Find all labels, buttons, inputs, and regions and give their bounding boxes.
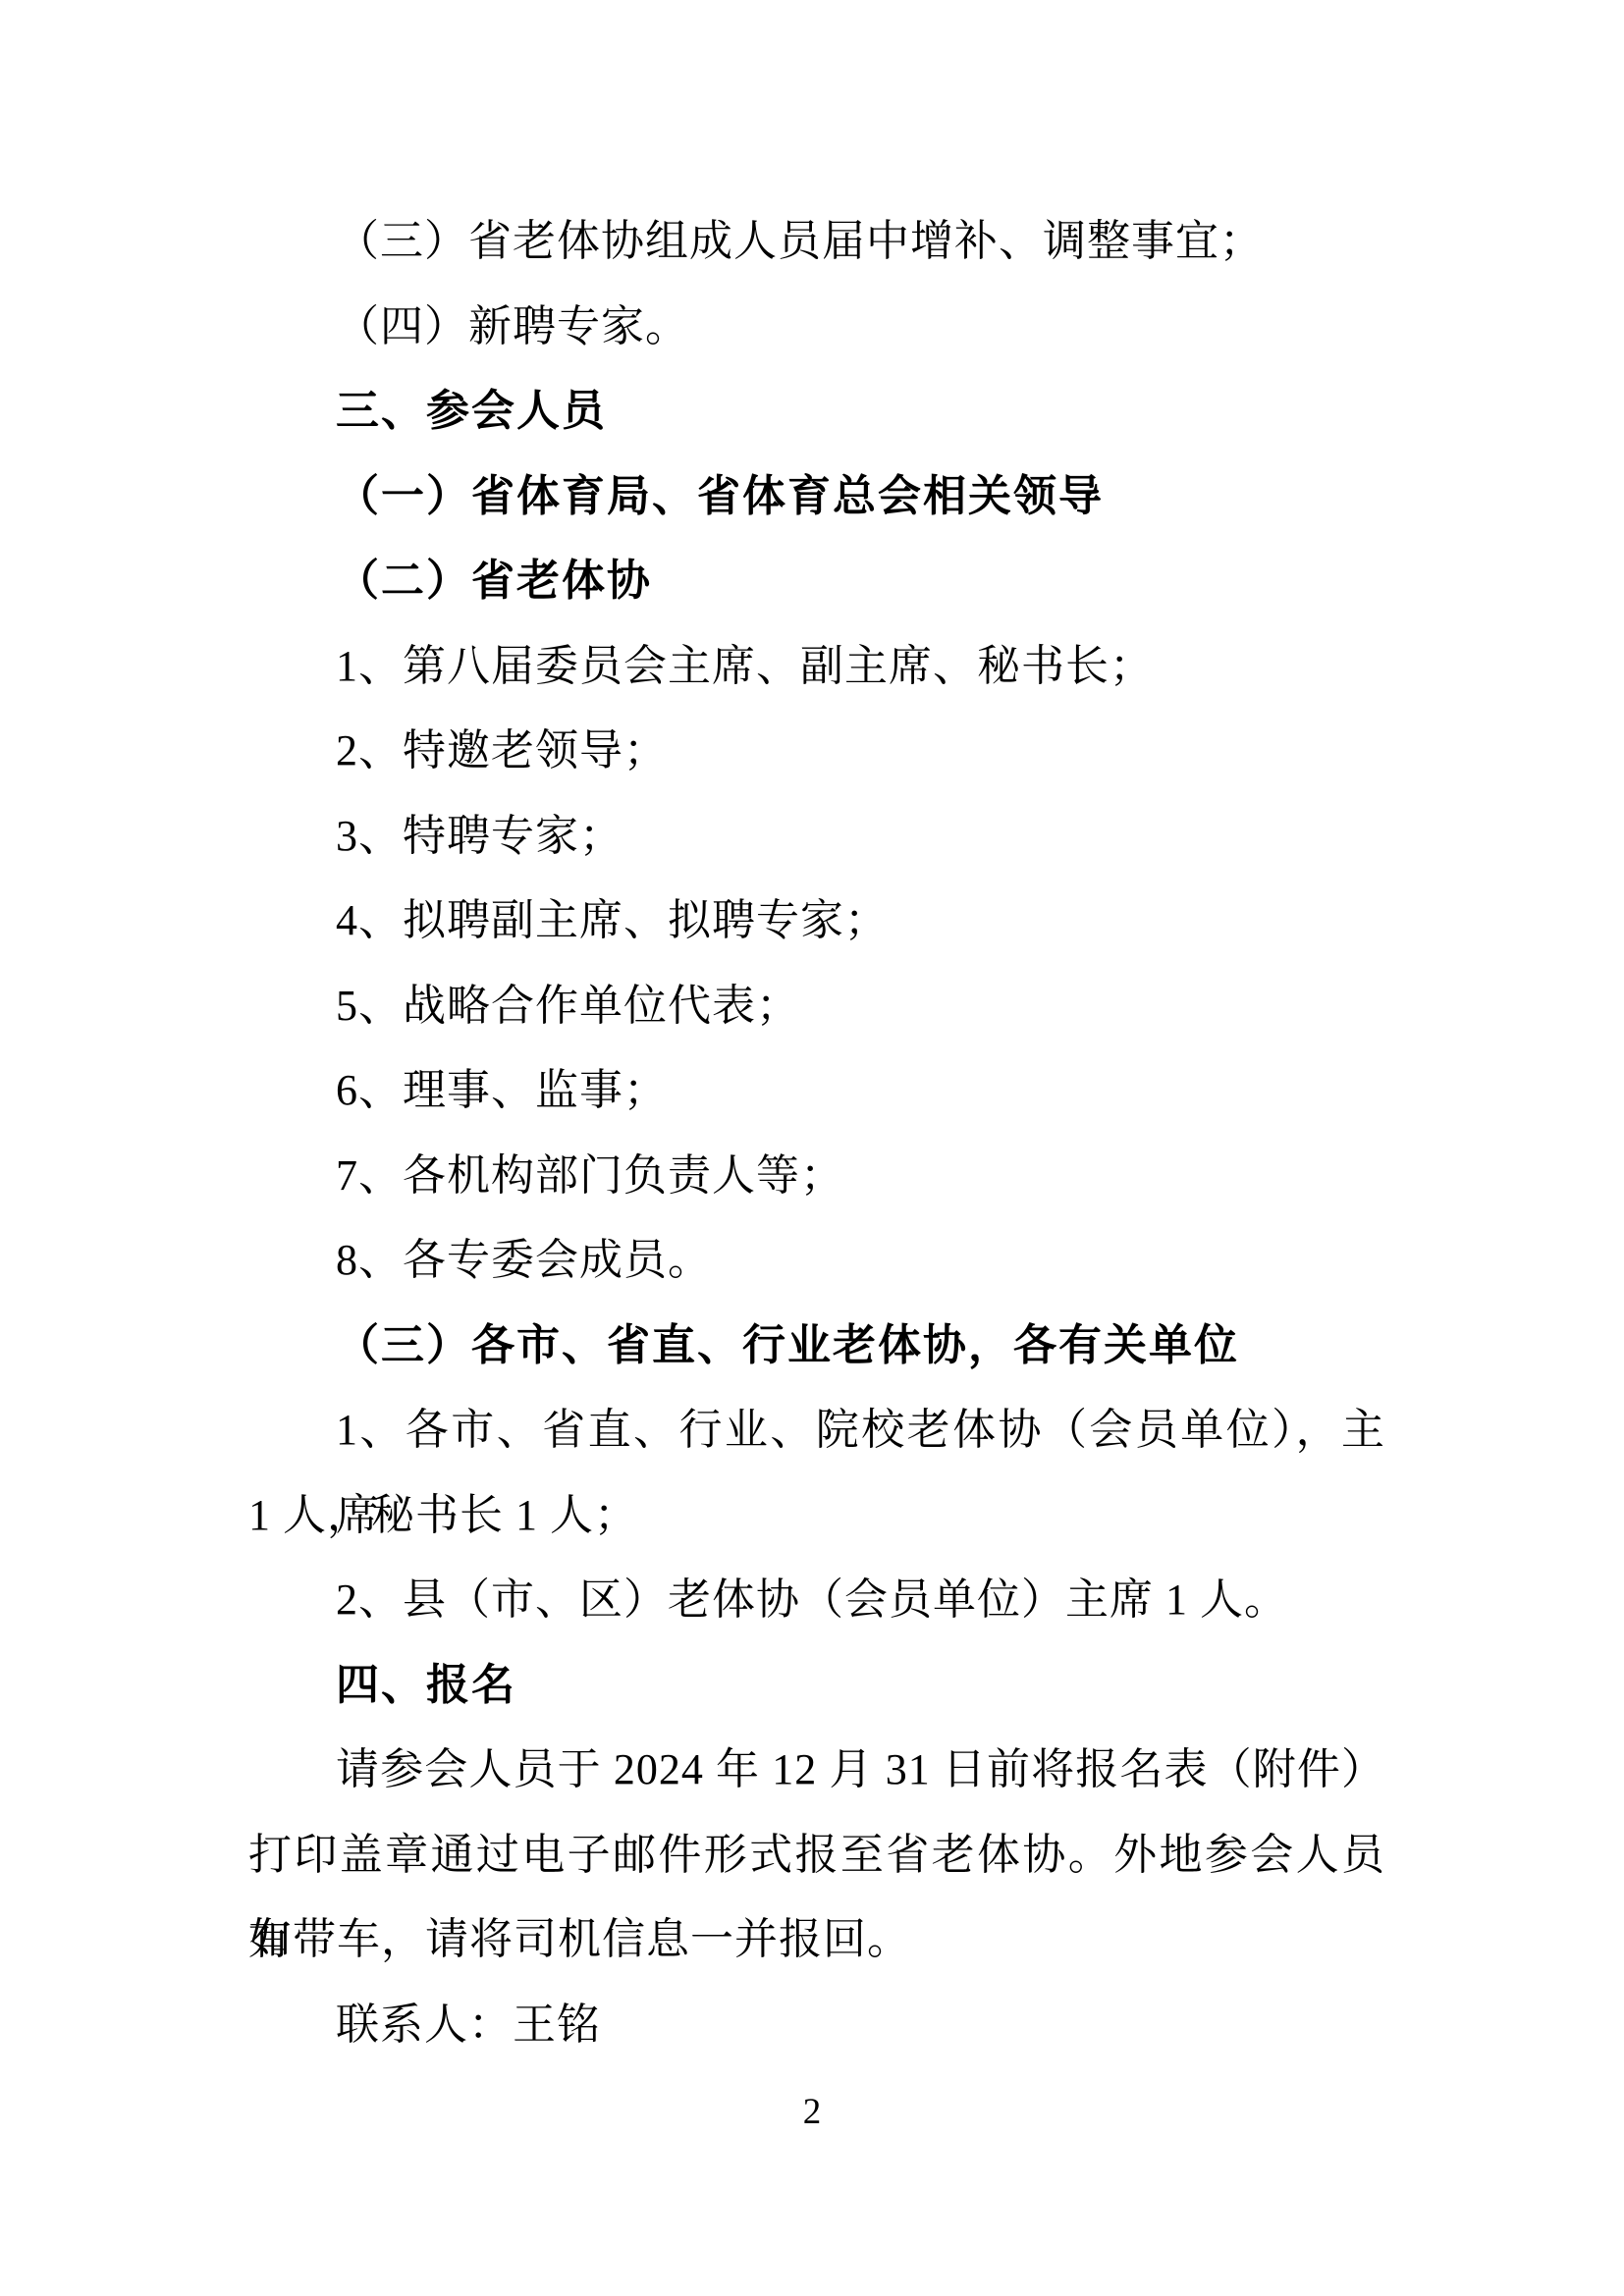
para-member-units-line2: 1 人，秘书长 1 人； [248, 1473, 1385, 1559]
para-committee-adjustment: （三）省老体协组成人员届中增补、调整事宜； [248, 199, 1385, 285]
subheading-provincial-association: （二）省老体协 [248, 539, 1385, 624]
document-text-block: （三）省老体协组成人员届中增补、调整事宜； （四）新聘专家。 三、参会人员 （一… [248, 199, 1385, 2067]
para-county-associations: 2、县（市、区）老体协（会员单位）主席 1 人。 [248, 1558, 1385, 1643]
list-item-1: 1、第八届委员会主席、副主席、秘书长； [248, 624, 1385, 710]
para-contact: 联系人：王铭 [248, 1983, 1385, 2068]
heading-participants: 三、参会人员 [248, 369, 1385, 454]
para-registration-line1: 请参会人员于 2024 年 12 月 31 日前将报名表（附件） [248, 1728, 1385, 1813]
heading-registration: 四、报名 [248, 1643, 1385, 1729]
para-registration-line2: 打印盖章通过电子邮件形式报至省老体协。外地参会人员如 [248, 1813, 1385, 1898]
list-item-5: 5、战略合作单位代表； [248, 964, 1385, 1049]
para-new-experts: （四）新聘专家。 [248, 285, 1385, 370]
para-registration-line3: 有带车，请将司机信息一并报回。 [248, 1897, 1385, 1983]
subheading-sports-bureau-leaders: （一）省体育局、省体育总会相关领导 [248, 454, 1385, 540]
list-item-4: 4、拟聘副主席、拟聘专家； [248, 879, 1385, 964]
list-item-6: 6、理事、监事； [248, 1048, 1385, 1134]
list-item-7: 7、各机构部门负责人等； [248, 1134, 1385, 1219]
subheading-city-associations: （三）各市、省直、行业老体协，各有关单位 [248, 1304, 1385, 1389]
para-member-units-line1: 1、各市、省直、行业、院校老体协（会员单位），主席 [248, 1388, 1385, 1473]
list-item-2: 2、特邀老领导； [248, 709, 1385, 794]
page-number: 2 [0, 2091, 1624, 2134]
list-item-8: 8、各专委会成员。 [248, 1218, 1385, 1304]
list-item-3: 3、特聘专家； [248, 794, 1385, 880]
document-page: （三）省老体协组成人员届中增补、调整事宜； （四）新聘专家。 三、参会人员 （一… [0, 0, 1624, 2296]
